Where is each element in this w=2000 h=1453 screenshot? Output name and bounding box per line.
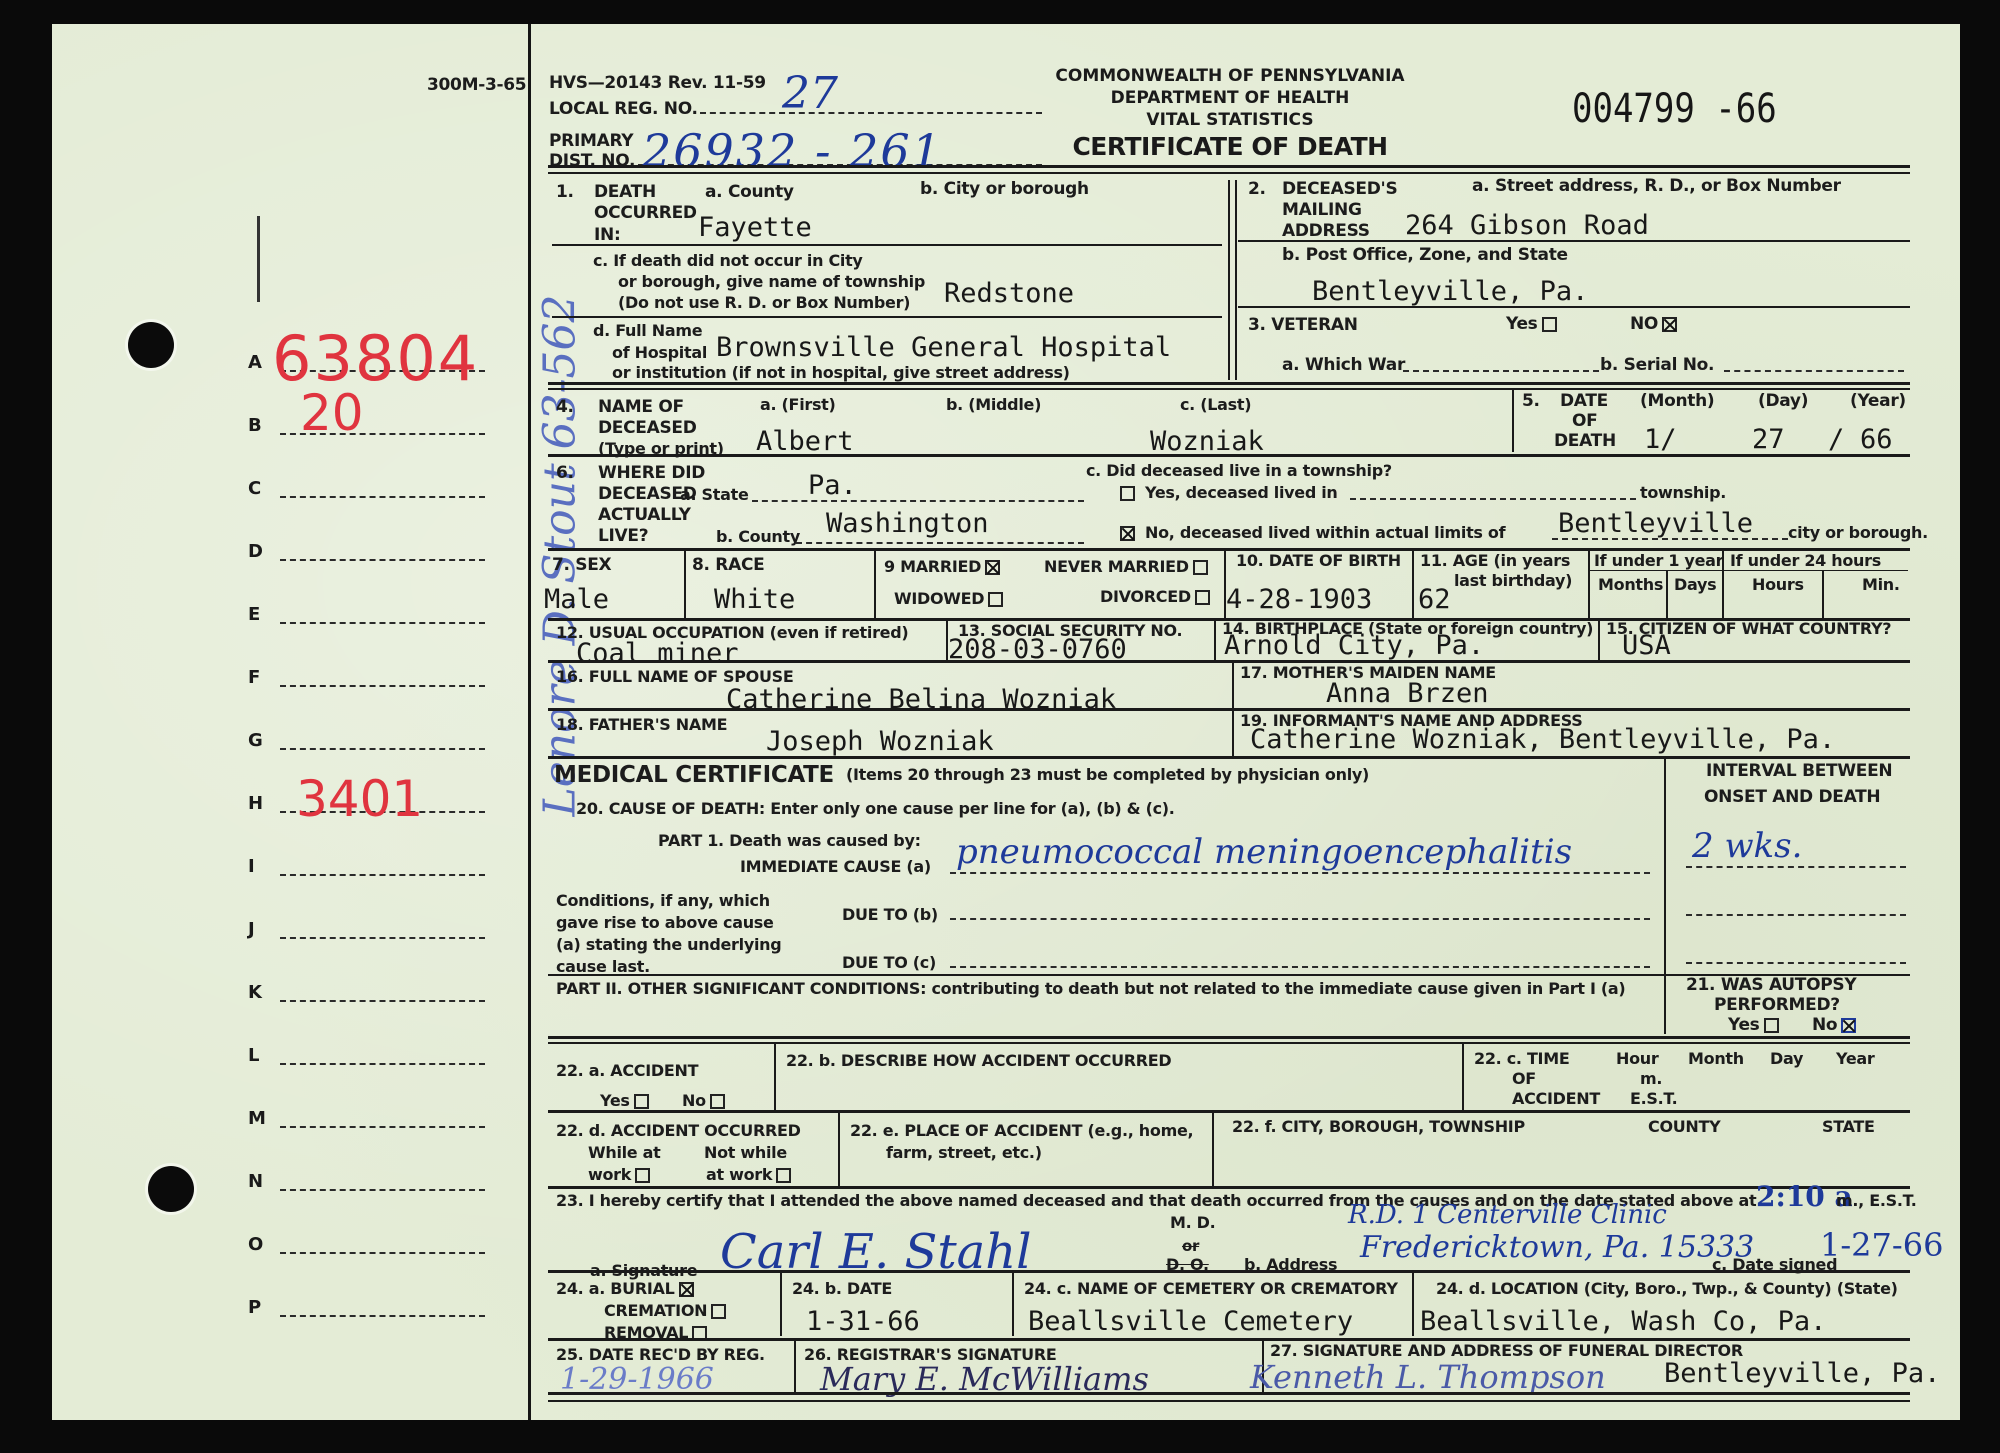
item5-label-2: OF (1572, 412, 1597, 432)
autopsy-label-1: 21. WAS AUTOPSY (1686, 976, 1856, 996)
veteran-label: 3. VETERAN (1248, 316, 1358, 336)
item6-number: 6. (556, 464, 574, 484)
death-month-label: (Month) (1640, 392, 1714, 412)
accident-month-label: Month (1688, 1050, 1744, 1068)
cremation-option[interactable]: CREMATION (604, 1302, 726, 1320)
item2-label-1: DECEASED'S (1282, 180, 1397, 200)
death-county-label: a. County (705, 183, 794, 203)
occupation-value[interactable]: Coal miner (576, 638, 739, 669)
death-date-slash: / (1828, 424, 1844, 455)
death-day-value[interactable]: 27 (1752, 424, 1785, 455)
never-married-checkbox[interactable] (1193, 560, 1208, 575)
township-label-2: or borough, give name of township (618, 273, 925, 291)
header-rule-2 (548, 172, 1910, 174)
stub-index-letter: N (248, 1171, 263, 1192)
while-at-work-label-1: While at (588, 1144, 660, 1162)
immediate-cause-value[interactable]: pneumococcal meningoencephalitis (956, 832, 1572, 872)
rule (548, 1270, 1910, 1273)
rule (1238, 306, 1910, 308)
township-yes-checkbox[interactable] (1120, 486, 1135, 501)
first-name-label: a. (First) (760, 396, 836, 414)
divider (1412, 550, 1414, 618)
interval-label-2: ONSET AND DEATH (1704, 788, 1880, 808)
mailing-po-value[interactable]: Bentleyville, Pa. (1312, 276, 1588, 307)
item1-label-in: IN: (594, 226, 620, 246)
item2-label-2: MAILING (1282, 201, 1362, 221)
autopsy-yes-label: Yes (1728, 1015, 1760, 1035)
primary-dist-value: 26932 - 261 (642, 124, 943, 178)
rule (548, 1400, 1910, 1402)
cemetery-location-label: 24. d. LOCATION (City, Boro., Twp., & Co… (1436, 1280, 1898, 1298)
stub-red-note-b: 20 (300, 384, 364, 442)
dob-value[interactable]: 4-28-1903 (1226, 584, 1372, 615)
date-signed-value[interactable]: 1-27-66 (1820, 1226, 1943, 1264)
rule (548, 708, 1910, 711)
divider (794, 1340, 796, 1394)
middle-name-label: b. (Middle) (946, 396, 1041, 414)
cemetery-label: 24. c. NAME OF CEMETERY OR CREMATORY (1024, 1280, 1398, 1298)
while-at-work-checkbox[interactable] (635, 1168, 650, 1183)
hospital-label-2: of Hospital (612, 344, 707, 362)
not-at-work-checkbox[interactable] (776, 1168, 791, 1183)
due-to-c-label: DUE TO (c) (842, 954, 936, 972)
stub-index-line[interactable] (280, 685, 485, 687)
rule (548, 454, 1910, 457)
cemetery-location-value[interactable]: Beallsville, Wash Co, Pa. (1420, 1306, 1826, 1337)
township-label-1: c. If death did not occur in City (593, 252, 863, 270)
death-time-suffix: m., E.S.T. (1836, 1192, 1917, 1210)
autopsy-no[interactable]: No (1812, 1016, 1856, 1036)
stub-index-line[interactable] (280, 1063, 485, 1065)
burial-checkbox[interactable] (679, 1282, 694, 1297)
interval-b-line (1686, 914, 1906, 916)
divider (684, 550, 686, 618)
divider (838, 1112, 840, 1188)
item1-label-occurred: OCCURRED (594, 204, 697, 224)
item6-label-1: WHERE DID (598, 464, 705, 484)
stub-index-line[interactable] (280, 1252, 485, 1254)
burial-date-label: 24. b. DATE (792, 1280, 892, 1298)
mother-maiden-name-value[interactable]: Anna Brzen (1326, 678, 1489, 709)
accident-occurred-label: 22. d. ACCIDENT OCCURRED (556, 1122, 801, 1140)
stub-index-letter: E (248, 604, 260, 625)
death-month-value[interactable]: 1/ (1644, 424, 1677, 455)
veteran-yes[interactable]: Yes (1506, 315, 1557, 335)
divider (1235, 180, 1237, 380)
divorced-checkbox[interactable] (1195, 590, 1210, 605)
agency-line-1: COMMONWEALTH OF PENNSYLVANIA (1040, 66, 1420, 86)
medical-certificate-subheading: (Items 20 through 23 must be completed b… (846, 766, 1369, 784)
township-question: c. Did deceased live in a township? (1086, 462, 1392, 480)
divider (1822, 570, 1824, 618)
township-no-text: No, deceased lived within actual limits … (1145, 523, 1505, 542)
rule (548, 660, 1910, 663)
township-yes-text: Yes, deceased lived in (1145, 483, 1338, 502)
widowed-checkbox[interactable] (988, 592, 1003, 607)
primary-dist-label-2: DIST. NO. (549, 152, 635, 172)
local-reg-label: LOCAL REG. NO. (549, 100, 698, 120)
stub-index-letter: A (248, 352, 262, 373)
stub-index-line[interactable] (280, 1189, 485, 1191)
accident-est-label: E.S.T. (1630, 1090, 1677, 1108)
divider (1214, 620, 1216, 660)
conditions-label-3: (a) stating the underlying (556, 936, 781, 954)
minutes-label: Min. (1862, 576, 1900, 594)
divider (1228, 180, 1230, 380)
not-at-work-option[interactable]: at work (706, 1166, 791, 1184)
accident-place-label-1: 22. e. PLACE OF ACCIDENT (e.g., home, (850, 1122, 1193, 1140)
accident-no[interactable]: No (682, 1092, 725, 1110)
rule (548, 756, 1910, 759)
stub-index-letter: P (248, 1297, 261, 1318)
stub-index-letter: G (248, 730, 263, 751)
rule (552, 316, 1222, 318)
death-year-label: (Year) (1850, 392, 1906, 412)
accident-county-label: COUNTY (1648, 1118, 1720, 1136)
rule (548, 1186, 1910, 1189)
divider (1588, 550, 1590, 618)
certificate-paper (52, 24, 1960, 1420)
cause-of-death-label: 20. CAUSE OF DEATH: Enter only one cause… (576, 800, 1175, 818)
conditions-label-1: Conditions, if any, which (556, 892, 770, 910)
stub-index-line[interactable] (280, 1126, 485, 1128)
death-year-value[interactable]: 66 (1860, 424, 1893, 455)
form-number: HVS—20143 Rev. 11-59 (549, 74, 766, 94)
which-war-line (1403, 370, 1599, 372)
accident-city-label: 22. f. CITY, BOROUGH, TOWNSHIP (1232, 1118, 1525, 1136)
autopsy-yes[interactable]: Yes (1728, 1016, 1779, 1036)
father-name-label: 18. FATHER'S NAME (556, 716, 727, 734)
stub-index-letter: J (248, 919, 255, 940)
immediate-cause-line (950, 872, 1650, 874)
veteran-yes-checkbox[interactable] (1542, 317, 1557, 332)
item1-label-death: DEATH (594, 183, 656, 203)
md-label: M. D. (1170, 1214, 1215, 1232)
accident-yes[interactable]: Yes (600, 1092, 649, 1110)
accident-yes-checkbox[interactable] (634, 1094, 649, 1109)
agency-line-3: VITAL STATISTICS (1040, 110, 1420, 130)
medical-certificate-heading: MEDICAL CERTIFICATE (554, 762, 834, 788)
divider (1664, 758, 1666, 1034)
dob-label: 10. DATE OF BIRTH (1236, 552, 1401, 570)
rule (1238, 240, 1910, 242)
divider (874, 550, 876, 618)
stub-index-line[interactable] (280, 937, 485, 939)
autopsy-no-label: No (1812, 1015, 1837, 1035)
birthplace-value[interactable]: Arnold City, Pa. (1224, 630, 1484, 661)
veteran-no[interactable]: NO (1630, 315, 1677, 335)
item5-label-1: DATE (1560, 392, 1608, 412)
burial-option[interactable]: 24. a. BURIAL (556, 1280, 694, 1298)
rule (552, 244, 1222, 246)
divider (774, 1044, 776, 1112)
hospital-label-3: or institution (if not in hospital, give… (612, 364, 1070, 382)
sex-value[interactable]: Male (544, 584, 609, 615)
autopsy-no-checkbox[interactable] (1841, 1018, 1856, 1033)
stub-index-letter: L (248, 1045, 259, 1066)
accident-hour-label: Hour (1616, 1050, 1658, 1068)
divider (1462, 1044, 1464, 1112)
married-label: 9 MARRIED (884, 557, 981, 576)
local-reg-value: 27 (782, 68, 838, 119)
accident-no-label: No (682, 1091, 706, 1110)
physician-address-line-1[interactable]: R.D. 1 Centerville Clinic (1348, 1200, 1667, 1230)
immediate-cause-label: IMMEDIATE CAUSE (a) (740, 858, 931, 876)
accident-place-label-2: farm, street, etc.) (886, 1144, 1042, 1162)
item1-number: 1. (556, 183, 574, 203)
months-label: Months (1598, 576, 1663, 594)
stub-index-letter: C (248, 478, 261, 499)
divider (1212, 1112, 1214, 1188)
cremation-label: CREMATION (604, 1301, 707, 1320)
father-name-value[interactable]: Joseph Wozniak (766, 726, 994, 757)
accident-no-checkbox[interactable] (710, 1094, 725, 1109)
accident-description-label: 22. b. DESCRIBE HOW ACCIDENT OCCURRED (786, 1052, 1171, 1070)
stub-index-letter: M (248, 1108, 266, 1129)
punch-hole-bottom (148, 1166, 194, 1212)
age-value[interactable]: 62 (1418, 584, 1451, 615)
stub-index-line[interactable] (280, 1315, 485, 1317)
accident-m-label: m. (1640, 1070, 1662, 1088)
rule (548, 382, 1910, 385)
informant-value[interactable]: Catherine Wozniak, Bentleyville, Pa. (1250, 724, 1835, 755)
funeral-director-address[interactable]: Bentleyville, Pa. (1664, 1358, 1940, 1389)
po-label: b. Post Office, Zone, and State (1282, 246, 1568, 266)
item6-label-4: LIVE? (598, 527, 648, 547)
divider (1012, 1272, 1014, 1336)
divider (1412, 1272, 1414, 1336)
stub-index-letter: I (248, 856, 255, 877)
interval-a-line (1686, 866, 1906, 868)
residence-city-value[interactable]: Bentleyville (1558, 508, 1753, 539)
accident-day-label: Day (1770, 1050, 1803, 1068)
divorced-label: DIVORCED (1100, 587, 1191, 606)
stub-form-code: 300M-3-65 (427, 76, 526, 96)
never-married-label: NEVER MARRIED (1044, 557, 1189, 576)
death-township-value[interactable]: Redstone (944, 278, 1074, 309)
serial-no-line (1724, 370, 1904, 372)
township-yes-suffix: township. (1640, 484, 1726, 502)
not-at-work-label-2: at work (706, 1165, 772, 1184)
township-no-option[interactable]: No, deceased lived within actual limits … (1120, 524, 1505, 542)
stub-divider (528, 24, 531, 1420)
accident-year-label: Year (1836, 1050, 1874, 1068)
interval-label-1: INTERVAL BETWEEN (1706, 762, 1892, 782)
never-married-option[interactable]: NEVER MARRIED (1044, 558, 1208, 576)
document-title: CERTIFICATE OF DEATH (1040, 132, 1420, 161)
item2-label-3: ADDRESS (1282, 222, 1370, 242)
citizenship-value[interactable]: USA (1622, 630, 1671, 661)
stub-index-letter: O (248, 1234, 263, 1255)
married-option[interactable]: 9 MARRIED (884, 558, 1000, 576)
rule (548, 1042, 1910, 1044)
not-at-work-label-1: Not while (704, 1144, 787, 1162)
township-line (1350, 498, 1636, 500)
stub-index-line[interactable] (280, 496, 485, 498)
residence-county-line (796, 542, 1084, 544)
rule (548, 1036, 1910, 1039)
divorced-option[interactable]: DIVORCED (1100, 588, 1210, 606)
due-to-b-line[interactable] (950, 918, 1650, 920)
hours-label: Hours (1752, 576, 1804, 594)
while-at-work-label-2: work (588, 1165, 631, 1184)
item5-number: 5. (1522, 392, 1540, 412)
primary-dist-label-1: PRIMARY (549, 132, 633, 152)
burial-label: 24. a. BURIAL (556, 1279, 675, 1298)
divider (1232, 710, 1234, 756)
township-no-checkbox[interactable] (1120, 526, 1135, 541)
autopsy-yes-checkbox[interactable] (1764, 1018, 1779, 1033)
stub-index-letter: K (248, 982, 262, 1003)
rule (548, 1392, 1910, 1395)
cremation-checkbox[interactable] (711, 1304, 726, 1319)
rule (548, 388, 1910, 390)
or-label: or (1182, 1238, 1199, 1255)
punch-hole-top (128, 322, 174, 368)
autopsy-label-2: PERFORMED? (1714, 996, 1840, 1016)
accident-yes-label: Yes (600, 1091, 630, 1110)
due-to-c-line[interactable] (950, 966, 1650, 968)
physician-address-line-2[interactable]: Fredericktown, Pa. 15333 (1360, 1230, 1754, 1265)
accident-time-label-2: OF (1512, 1070, 1536, 1088)
sex-label: 7. SEX (552, 556, 611, 576)
header-rule-1 (548, 165, 1910, 168)
burial-date-value[interactable]: 1-31-66 (806, 1306, 920, 1337)
under-24-hours-label: If under 24 hours (1730, 552, 1881, 570)
cemetery-value[interactable]: Beallsville Cemetery (1028, 1306, 1353, 1337)
divider (1598, 620, 1600, 660)
stub-index-line[interactable] (280, 622, 485, 624)
race-value[interactable]: White (714, 584, 795, 615)
residence-state-line (752, 500, 1084, 502)
divider (1232, 662, 1234, 708)
while-at-work-option[interactable]: work (588, 1166, 650, 1184)
divider (1722, 550, 1724, 618)
first-name-value[interactable]: Albert (756, 426, 854, 457)
certificate-number: 004799 -66 (1572, 86, 1777, 132)
item5-label-3: DEATH (1554, 432, 1616, 452)
under-1-year-label: If under 1 year (1594, 552, 1723, 570)
widowed-label: WIDOWED (894, 589, 984, 608)
item4-label-1: NAME OF (598, 398, 684, 418)
item4-number: 4. (556, 398, 574, 418)
age-label-2: last birthday) (1454, 572, 1572, 590)
age-label-1: 11. AGE (in years (1420, 552, 1570, 570)
stub-index-line[interactable] (280, 748, 485, 750)
stub-index-letter: H (248, 793, 263, 814)
hospital-value[interactable]: Brownsville General Hospital (716, 332, 1171, 363)
item2-number: 2. (1248, 180, 1266, 200)
agency-line-2: DEPARTMENT OF HEALTH (1040, 88, 1420, 108)
residence-county-value[interactable]: Washington (826, 508, 989, 539)
item4-label-2: DECEASED (598, 419, 697, 439)
hospital-label-1: d. Full Name (593, 322, 702, 340)
veteran-yes-label: Yes (1506, 314, 1538, 334)
interval-c-line (1686, 962, 1906, 964)
township-no-suffix: city or borough. (1788, 524, 1928, 542)
conditions-label-2: gave rise to above cause (556, 914, 774, 932)
residence-county-label: b. County (716, 528, 800, 546)
last-name-value[interactable]: Wozniak (1150, 426, 1264, 457)
widowed-option[interactable]: WIDOWED (894, 590, 1003, 608)
due-to-b-label: DUE TO (b) (842, 906, 938, 924)
veteran-no-checkbox[interactable] (1662, 317, 1677, 332)
serial-no-label: b. Serial No. (1600, 356, 1714, 376)
accident-time-label-1: 22. c. TIME (1474, 1050, 1569, 1068)
which-war-label: a. Which War (1282, 356, 1405, 376)
rule (548, 1110, 1910, 1113)
stub-index-line[interactable] (280, 874, 485, 876)
township-yes-option[interactable]: Yes, deceased lived in (1120, 484, 1338, 502)
stub-index-letter: B (248, 415, 262, 436)
residence-state-value[interactable]: Pa. (808, 470, 857, 501)
last-name-label: c. (Last) (1180, 396, 1251, 414)
part1-label: PART 1. Death was caused by: (658, 832, 921, 850)
funeral-director-signature[interactable]: Kenneth L. Thompson (1250, 1358, 1606, 1396)
item6-label-3: ACTUALLY (598, 506, 691, 526)
accident-time-label-3: ACCIDENT (1512, 1090, 1600, 1108)
staple-mark (257, 216, 260, 302)
stub-index-letter: F (248, 667, 260, 688)
death-day-label: (Day) (1758, 392, 1808, 412)
accident-label: 22. a. ACCIDENT (556, 1062, 698, 1080)
married-checkbox[interactable] (985, 560, 1000, 575)
divider (780, 1272, 782, 1336)
stub-red-note-h: 3401 (296, 770, 423, 828)
stub-index-line[interactable] (280, 1000, 485, 1002)
township-label-3: (Do not use R. D. or Box Number) (618, 294, 910, 312)
mailing-street-value[interactable]: 264 Gibson Road (1405, 210, 1649, 241)
street-label: a. Street address, R. D., or Box Number (1472, 177, 1841, 197)
interval-a-value[interactable]: 2 wks. (1692, 826, 1802, 866)
death-city-label: b. City or borough (920, 180, 1089, 200)
stub-index-line[interactable] (280, 559, 485, 561)
veteran-no-label: NO (1630, 314, 1658, 334)
divider (1512, 390, 1514, 452)
accident-state-label: STATE (1822, 1118, 1875, 1136)
stub-index-letter: D (248, 541, 263, 562)
local-reg-line (700, 112, 1042, 114)
divider (1666, 570, 1668, 618)
death-county-value[interactable]: Fayette (698, 212, 812, 243)
race-label: 8. RACE (692, 556, 764, 576)
part2-label: PART II. OTHER SIGNIFICANT CONDITIONS: c… (556, 980, 1625, 998)
residence-state-label: a. State (680, 486, 749, 504)
days-label: Days (1674, 576, 1716, 594)
